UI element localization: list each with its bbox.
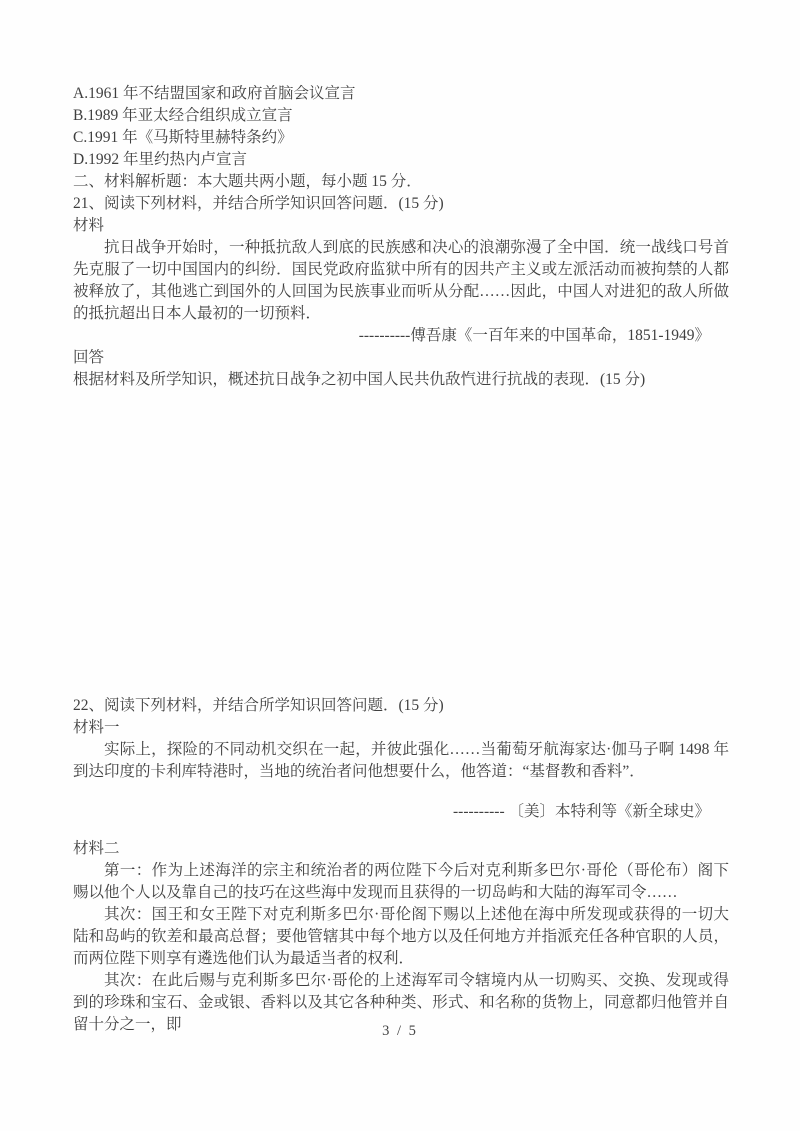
question-21-material-label: 材料	[73, 215, 729, 237]
choice-option-c: C.1991 年《马斯特里赫特条约》	[73, 127, 729, 149]
choice-option-a: A.1961 年不结盟国家和政府首脑会议宣言	[73, 83, 729, 105]
question-22-material-2-label: 材料二	[73, 838, 729, 860]
question-22-material-1-citation: ---------- 〔美〕本特利等《新全球史》	[73, 801, 729, 823]
section-two-heading: 二、材料解析题：本大题共两小题，每小题 15 分．	[73, 171, 729, 193]
choice-option-b: B.1989 年亚太经合组织成立宣言	[73, 105, 729, 127]
question-21-material-text: 抗日战争开始时，一种抵抗敌人到底的民族感和决心的浪潮弥漫了全中国．统一战线口号首…	[73, 237, 729, 325]
exam-paper-page: A.1961 年不结盟国家和政府首脑会议宣言 B.1989 年亚太经合组织成立宣…	[0, 0, 800, 1131]
question-21-title: 21、阅读下列材料，并结合所学知识回答问题．(15 分)	[73, 193, 729, 215]
page-number: 3 / 5	[0, 1020, 800, 1042]
question-21-citation: ----------傅吾康《一百年来的中国革命，1851-1949》	[73, 325, 729, 347]
page-content: A.1961 年不结盟国家和政府首脑会议宣言 B.1989 年亚太经合组织成立宣…	[73, 83, 729, 1036]
question-22-material-2-paragraph-1: 第一：作为上述海洋的宗主和统治者的两位陛下今后对克利斯多巴尔·哥伦（哥伦布）阁下…	[73, 860, 729, 904]
question-21-question-text: 根据材料及所学知识，概述抗日战争之初中国人民共仇敌忾进行抗战的表现．(15 分)	[73, 369, 729, 391]
question-21-answer-label: 回答	[73, 347, 729, 369]
answer-blank-space	[73, 391, 729, 695]
question-22-material-1-text: 实际上，探险的不同动机交织在一起，并彼此强化……当葡萄牙航海家达·伽马子啊 14…	[73, 739, 729, 783]
choice-option-d: D.1992 年里约热内卢宣言	[73, 149, 729, 171]
question-22-material-1-label: 材料一	[73, 717, 729, 739]
question-22-material-2-paragraph-2: 其次：国王和女王陛下对克利斯多巴尔·哥伦阁下赐以上述他在海中所发现或获得的一切大…	[73, 904, 729, 970]
question-22-title: 22、阅读下列材料，并结合所学知识回答问题．(15 分)	[73, 695, 729, 717]
